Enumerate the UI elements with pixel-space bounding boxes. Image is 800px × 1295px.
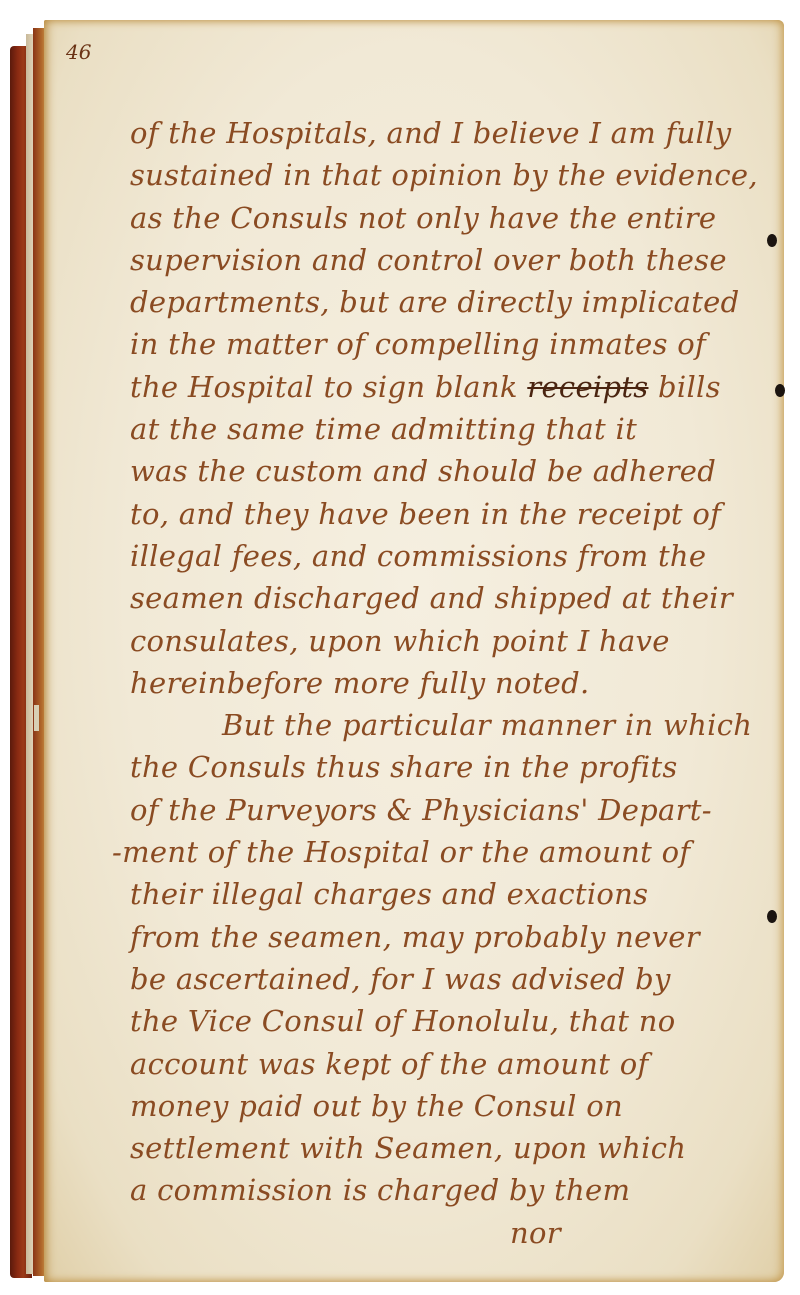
binding-hole (775, 384, 785, 397)
text-line: sustained in that opinion by the evidenc… (130, 154, 770, 196)
binding-hole (767, 910, 777, 923)
text-line: of the Hospitals, and I believe I am ful… (130, 112, 770, 154)
text-line: of the Purveyors & Physicians' Depart- (130, 789, 770, 831)
struck-word: receipts (527, 370, 648, 404)
text-line: their illegal charges and exactions (130, 873, 770, 915)
handwritten-text-block: of the Hospitals, and I believe I am ful… (130, 112, 770, 1254)
text-line: from the seamen, may probably never (130, 916, 770, 958)
text-line: settlement with Seamen, upon which (130, 1127, 770, 1169)
text-line: illegal fees, and commissions from the (130, 535, 770, 577)
text-segment: the Hospital to sign blank (130, 370, 518, 404)
text-line: seamen discharged and shipped at their (130, 577, 770, 619)
text-line: supervision and control over both these (130, 239, 770, 281)
catchword: nor (130, 1212, 770, 1254)
text-line: be ascertained, for I was advised by (130, 958, 770, 1000)
paragraph-start-line: But the particular manner in which (130, 704, 770, 746)
text-segment: bills (649, 370, 721, 404)
page-number: 46 (66, 40, 91, 64)
text-line: as the Consuls not only have the entire (130, 197, 770, 239)
text-line: account was kept of the amount of (130, 1043, 770, 1085)
text-line: money paid out by the Consul on (130, 1085, 770, 1127)
text-line: in the matter of compelling inmates of (130, 323, 770, 365)
binding-hole (767, 234, 777, 247)
text-line: consulates, upon which point I have (130, 620, 770, 662)
text-line: the Vice Consul of Honolulu, that no (130, 1000, 770, 1042)
text-line: -ment of the Hospital or the amount of (112, 831, 770, 873)
text-line: a commission is charged by them (130, 1169, 770, 1211)
text-line-with-strikethrough: the Hospital to sign blank receipts bill… (130, 366, 770, 408)
text-line: hereinbefore more fully noted. (130, 662, 770, 704)
text-line: departments, but are directly implicated (130, 281, 770, 323)
text-line: to, and they have been in the receipt of (130, 493, 770, 535)
manuscript-page: 46 of the Hospitals, and I believe I am … (44, 20, 784, 1282)
page-tab (34, 705, 39, 731)
text-line: at the same time admitting that it (130, 408, 770, 450)
text-line: was the custom and should be adhered (130, 450, 770, 492)
text-line: the Consuls thus share in the profits (130, 746, 770, 788)
